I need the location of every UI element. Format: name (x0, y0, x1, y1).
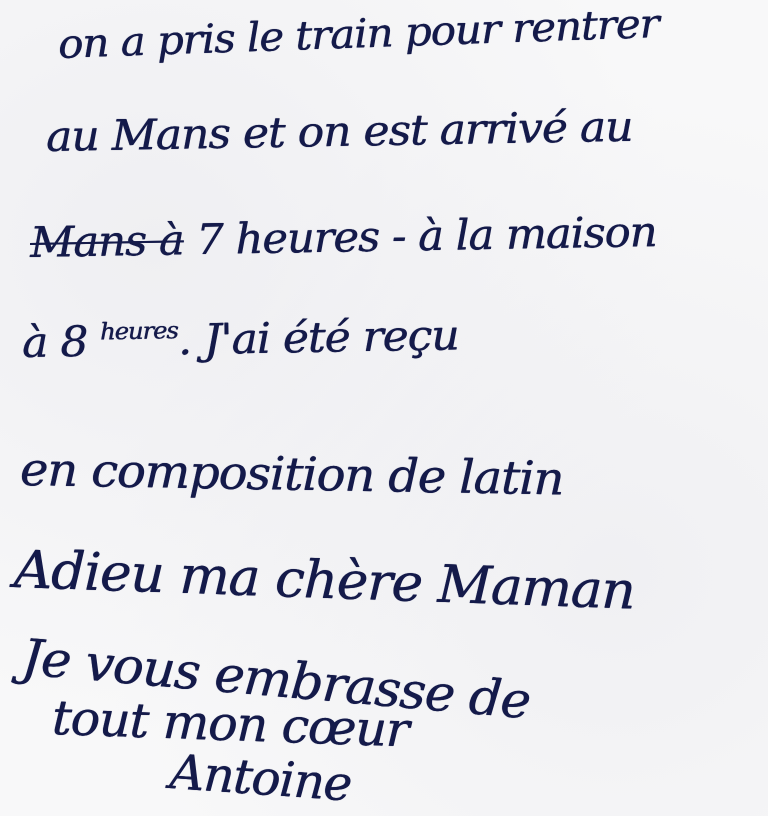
letter-line-5: en composition de latin (20, 442, 564, 505)
struck-through-text: Mans à (30, 215, 184, 267)
letter-line-4: à 8 heures. J'ai été reçu (22, 310, 459, 367)
signature: Antoine (168, 744, 353, 813)
letter-line-4-text: à 8 (22, 317, 101, 367)
letter-line-5-text: en composition de latin (20, 442, 564, 505)
letter-line-2: au Mans et on est arrivé au (46, 102, 633, 161)
superscript-text: heures (100, 318, 178, 345)
letter-line-2-text: au Mans et on est arrivé au (46, 102, 633, 161)
letter-line-1: on a pris le train pour rentrer (57, 1, 659, 68)
letter-line-1-text: on a pris le train pour rentrer (57, 1, 659, 68)
letter-line-3-text: 7 heures - à la maison (183, 207, 657, 264)
letter-line-3: Mans à 7 heures - à la maison (30, 207, 657, 267)
letter-page: on a pris le train pour rentrer au Mans … (0, 0, 768, 816)
letter-line-4-text-after: . J'ai été reçu (177, 310, 459, 364)
closing-salutation: Adieu ma chère Maman (13, 540, 636, 622)
signature-text: Antoine (168, 744, 353, 813)
letter-line-6-text: Adieu ma chère Maman (13, 540, 636, 622)
